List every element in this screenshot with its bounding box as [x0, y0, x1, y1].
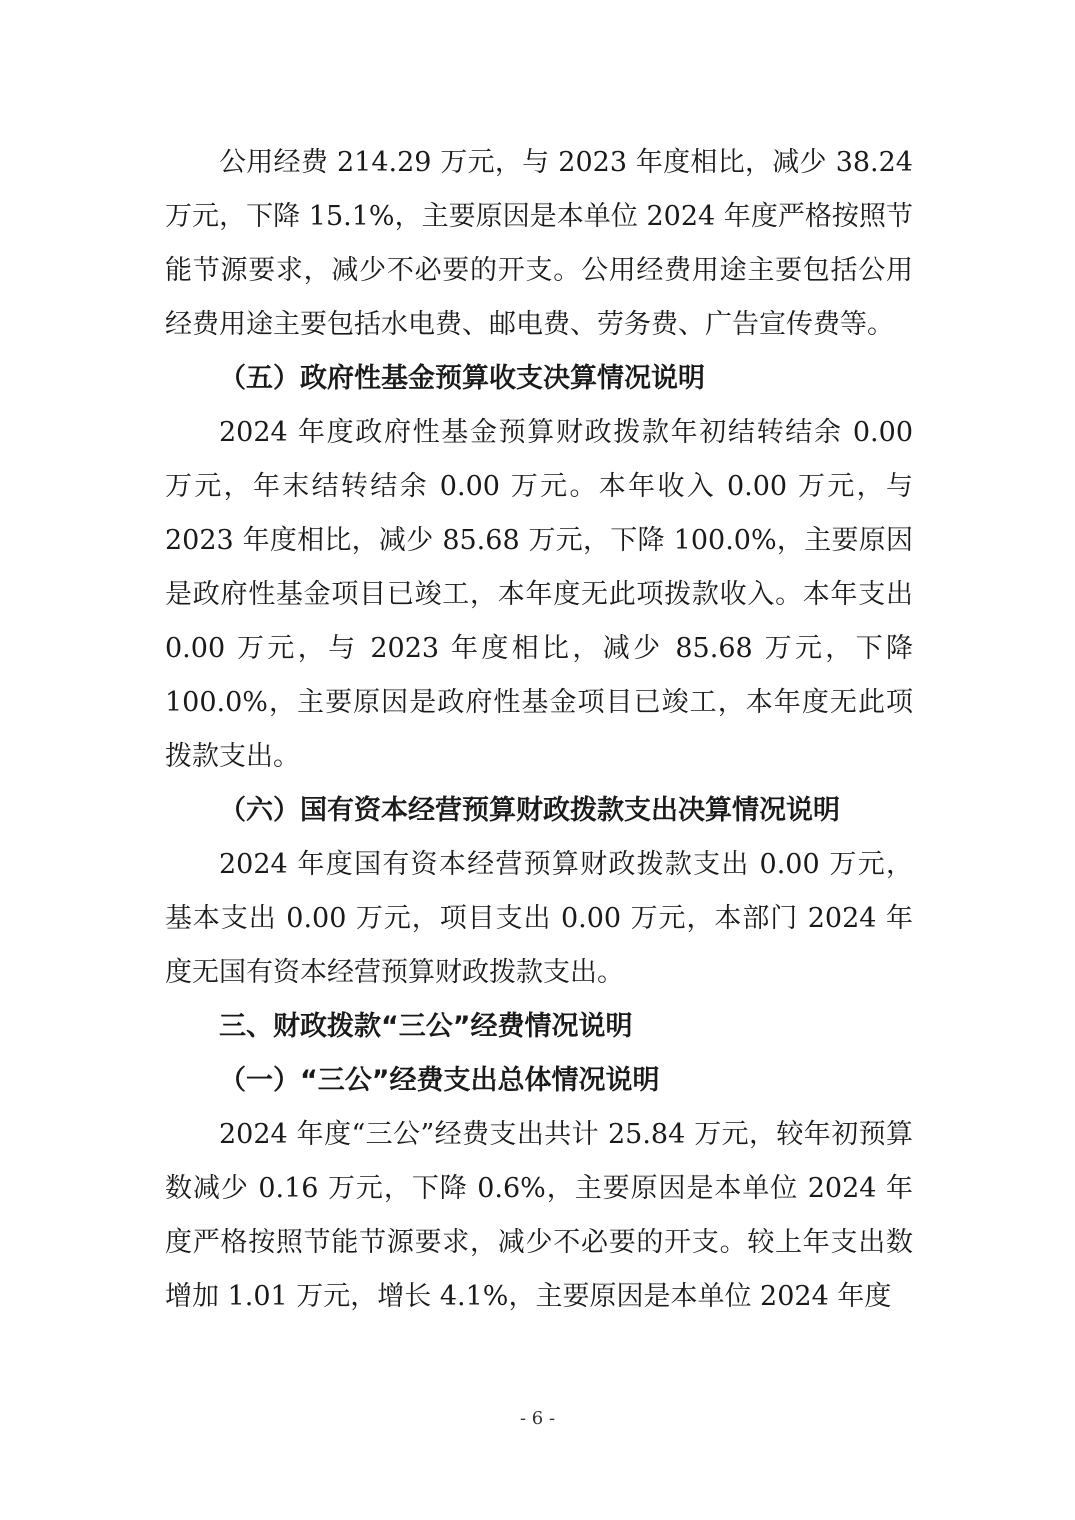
paragraph-public-expenses: 公用经费 214.29 万元，与 2023 年度相比，减少 38.24 万元，下… — [165, 136, 913, 352]
heading-government-fund-budget: （五）政府性基金预算收支决算情况说明 — [165, 352, 913, 406]
heading-three-public-expenses: 三、财政拨款“三公”经费情况说明 — [165, 1000, 913, 1054]
document-page: 公用经费 214.29 万元，与 2023 年度相比，减少 38.24 万元，下… — [165, 136, 913, 1324]
heading-state-capital-budget: （六）国有资本经营预算财政拨款支出决算情况说明 — [165, 784, 913, 838]
paragraph-three-public-overall: 2024 年度“三公”经费支出共计 25.84 万元，较年初预算数减少 0.16… — [165, 1108, 913, 1324]
heading-three-public-overall: （一）“三公”经费支出总体情况说明 — [165, 1054, 913, 1108]
page-number: - 6 - — [0, 1408, 1075, 1429]
paragraph-state-capital-budget: 2024 年度国有资本经营预算财政拨款支出 0.00 万元，基本支出 0.00 … — [165, 838, 913, 1000]
paragraph-government-fund-budget: 2024 年度政府性基金预算财政拨款年初结转结余 0.00 万元，年末结转结余 … — [165, 406, 913, 784]
